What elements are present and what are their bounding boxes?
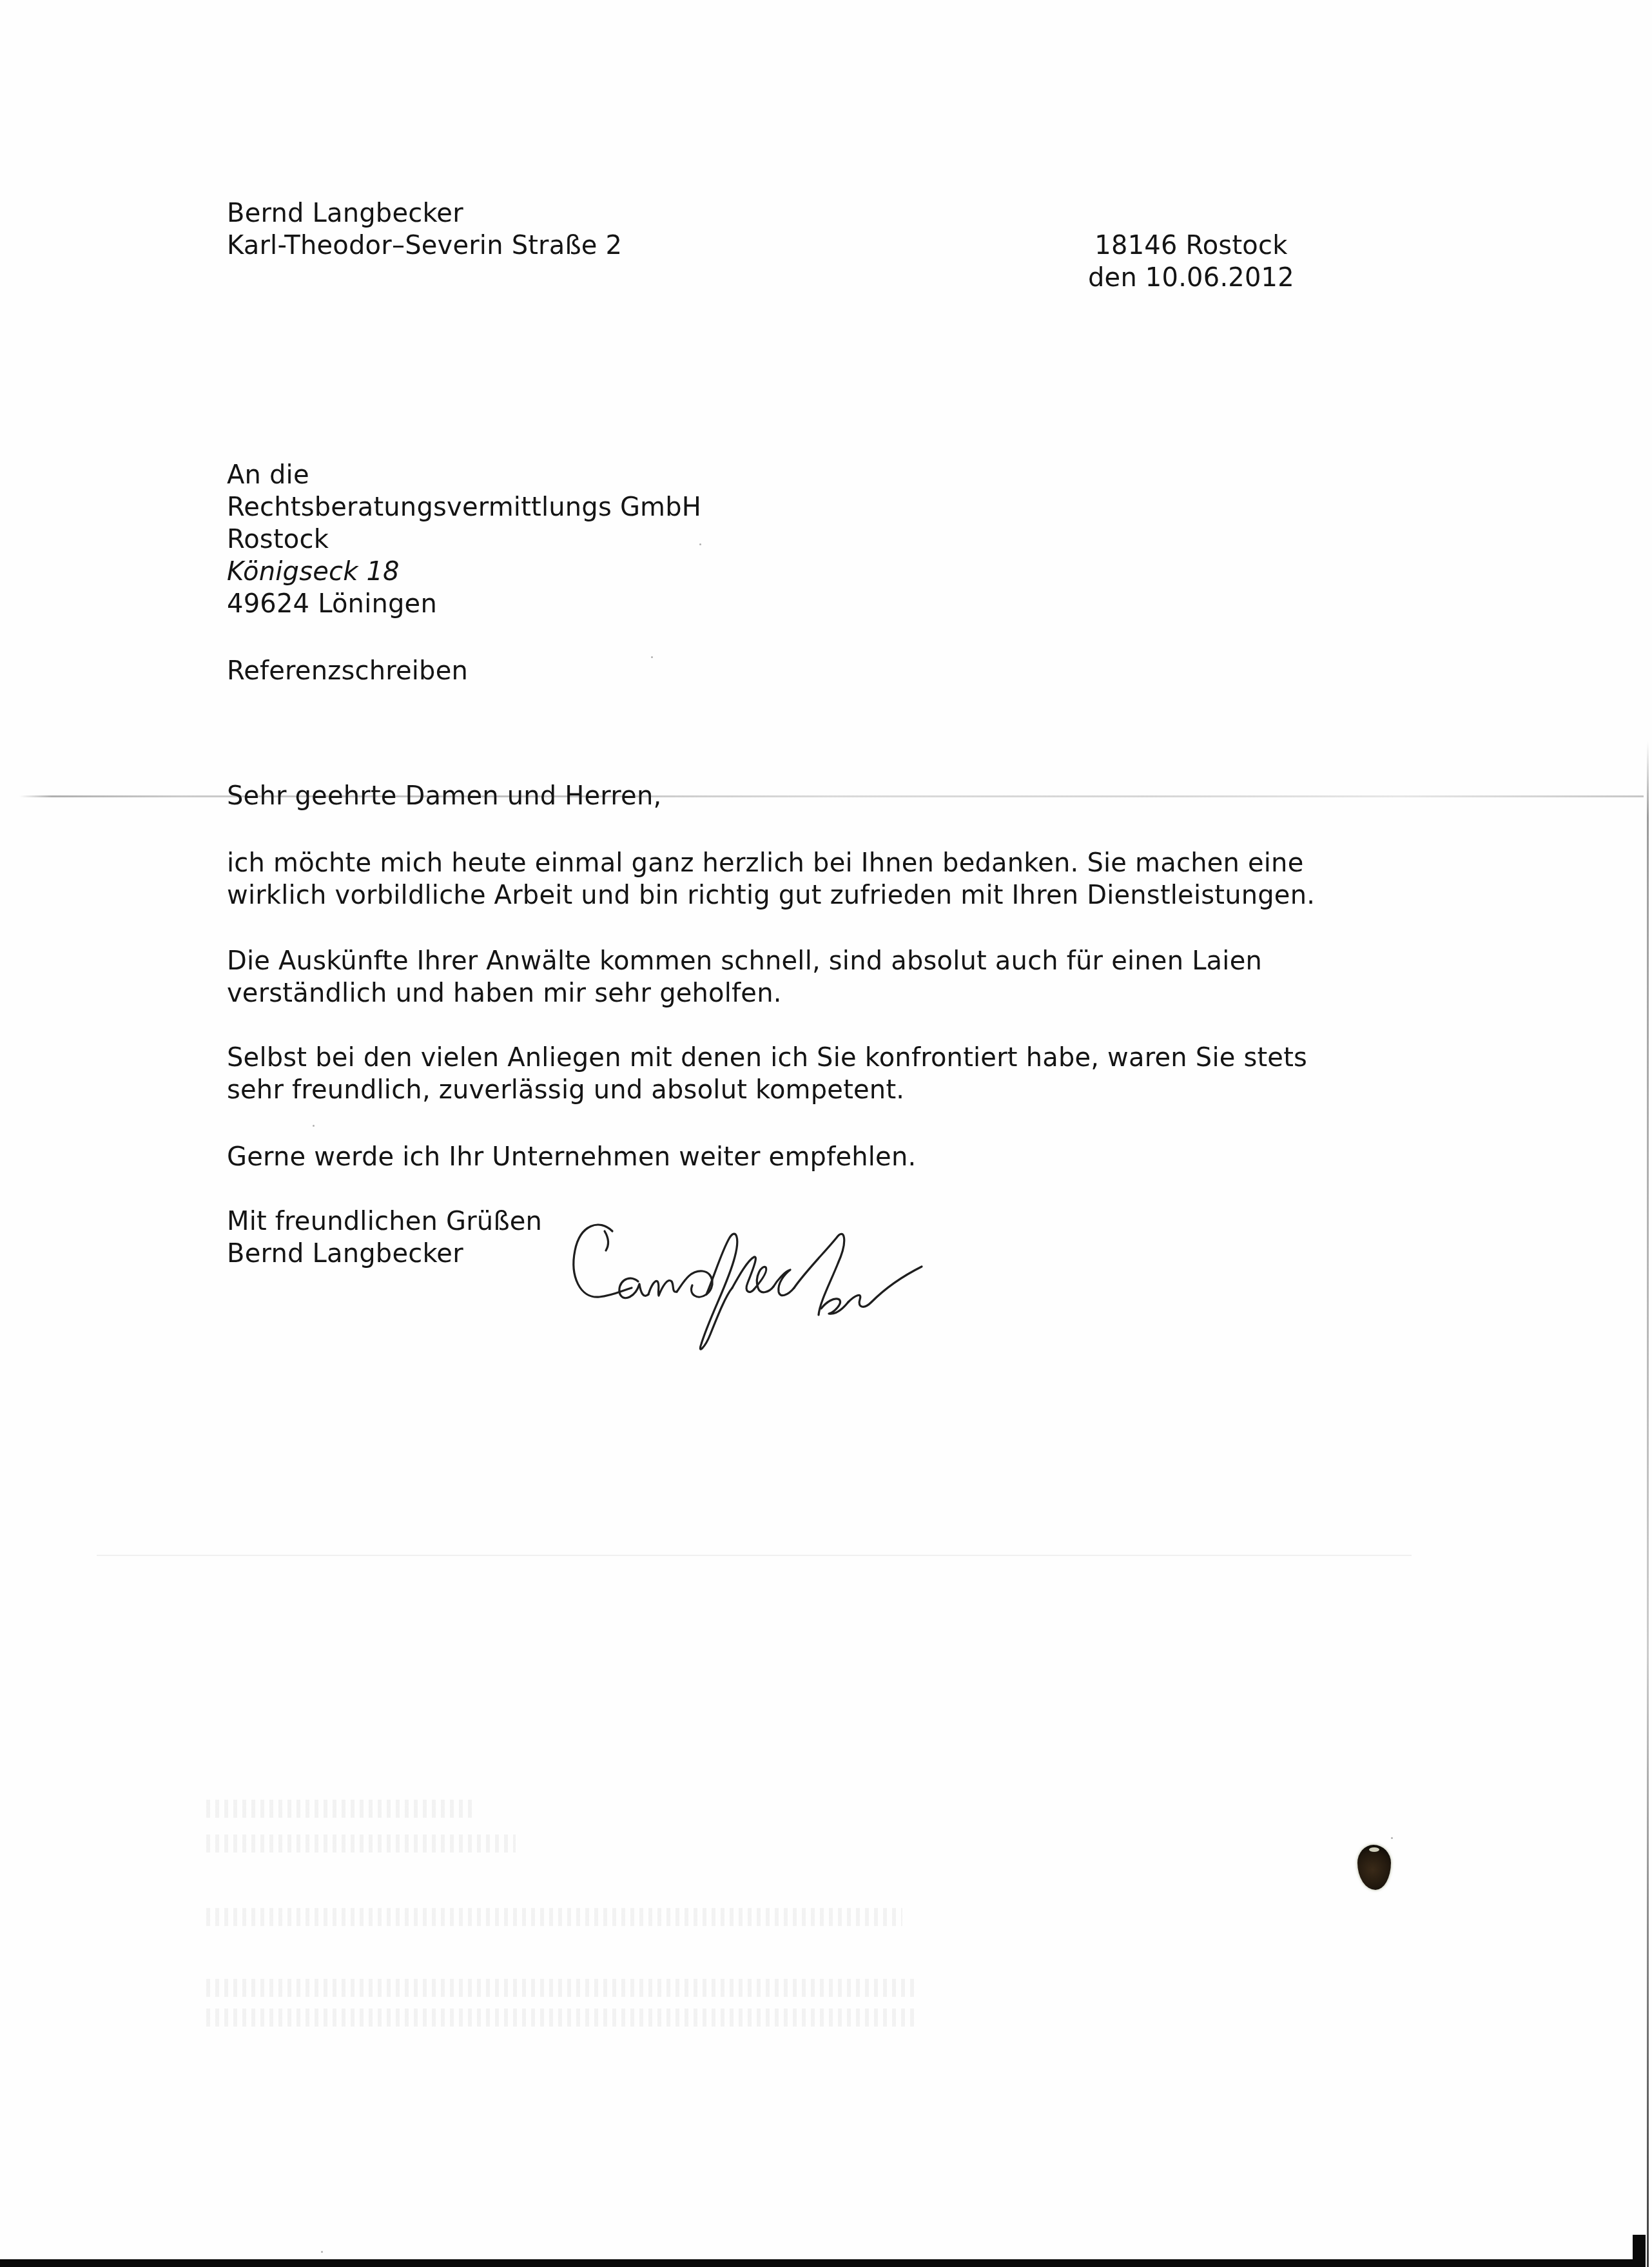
- scan-bottom-edge: [0, 2259, 1634, 2267]
- letter-subject: Referenzschreiben: [227, 655, 468, 687]
- scan-speck: [1391, 1837, 1393, 1839]
- paragraph-line: sehr freundlich, zuverlässig und absolut…: [227, 1074, 1307, 1106]
- paragraph-line: Gerne werde ich Ihr Unternehmen weiter e…: [227, 1141, 916, 1173]
- sender-street: Karl-Theodor–Severin Straße 2: [227, 229, 622, 262]
- recipient-address: An die Rechtsberatungsvermittlungs GmbH …: [227, 459, 701, 620]
- letter-salutation: Sehr geehrte Damen und Herren,: [227, 780, 661, 812]
- paragraph-line: wirklich vorbildliche Arbeit und bin ric…: [227, 879, 1315, 911]
- scan-speck: [313, 1125, 315, 1127]
- closing-greeting: Mit freundlichen Grüßen: [227, 1205, 542, 1238]
- recipient-city: Rostock: [227, 523, 701, 556]
- scan-corner-edge: [1633, 2235, 1646, 2267]
- body-paragraph-2: Die Auskünfte Ihrer Anwälte kommen schne…: [227, 945, 1262, 1009]
- bleed-through-text: [206, 1834, 516, 1853]
- scan-right-edge: [1647, 741, 1649, 2267]
- recipient-postal-city: 49624 Löningen: [227, 588, 701, 620]
- paragraph-line: verständlich und haben mir sehr geholfen…: [227, 977, 1262, 1009]
- body-paragraph-1: ich möchte mich heute einmal ganz herzli…: [227, 847, 1315, 911]
- bleed-through-text: [206, 1800, 477, 1818]
- paragraph-line: Die Auskünfte Ihrer Anwälte kommen schne…: [227, 945, 1262, 977]
- recipient-line1: An die: [227, 459, 701, 491]
- letter-closing: Mit freundlichen Grüßen Bernd Langbecker: [227, 1205, 542, 1270]
- scan-speck: [651, 656, 653, 658]
- closing-name: Bernd Langbecker: [227, 1238, 542, 1270]
- bleed-through-text: [206, 1908, 902, 1926]
- sender-address: Bernd Langbecker Karl-Theodor–Severin St…: [227, 197, 622, 262]
- paragraph-line: ich möchte mich heute einmal ganz herzli…: [227, 847, 1315, 879]
- recipient-company: Rechtsberatungsvermittlungs GmbH: [227, 491, 701, 523]
- sender-name: Bernd Langbecker: [227, 197, 622, 229]
- body-paragraph-3: Selbst bei den vielen Anliegen mit denen…: [227, 1042, 1307, 1106]
- scan-fold-line-faint: [97, 1555, 1412, 1556]
- paragraph-line: Selbst bei den vielen Anliegen mit denen…: [227, 1042, 1307, 1074]
- ink-stain: [1357, 1845, 1391, 1890]
- sender-postal-city: 18146 Rostock: [1088, 229, 1294, 262]
- handwritten-signature: [561, 1212, 973, 1360]
- scan-speck: [321, 2251, 323, 2253]
- bleed-through-text: [206, 1979, 915, 1997]
- bleed-through-text: [206, 2009, 915, 2027]
- recipient-street: Königseck 18: [227, 556, 701, 588]
- place-and-date: 18146 Rostock den 10.06.2012: [1088, 229, 1294, 294]
- scan-speck: [699, 543, 701, 545]
- body-paragraph-4: Gerne werde ich Ihr Unternehmen weiter e…: [227, 1141, 916, 1173]
- scanned-letter-page: Bernd Langbecker Karl-Theodor–Severin St…: [0, 0, 1652, 2267]
- letter-date: den 10.06.2012: [1088, 262, 1294, 294]
